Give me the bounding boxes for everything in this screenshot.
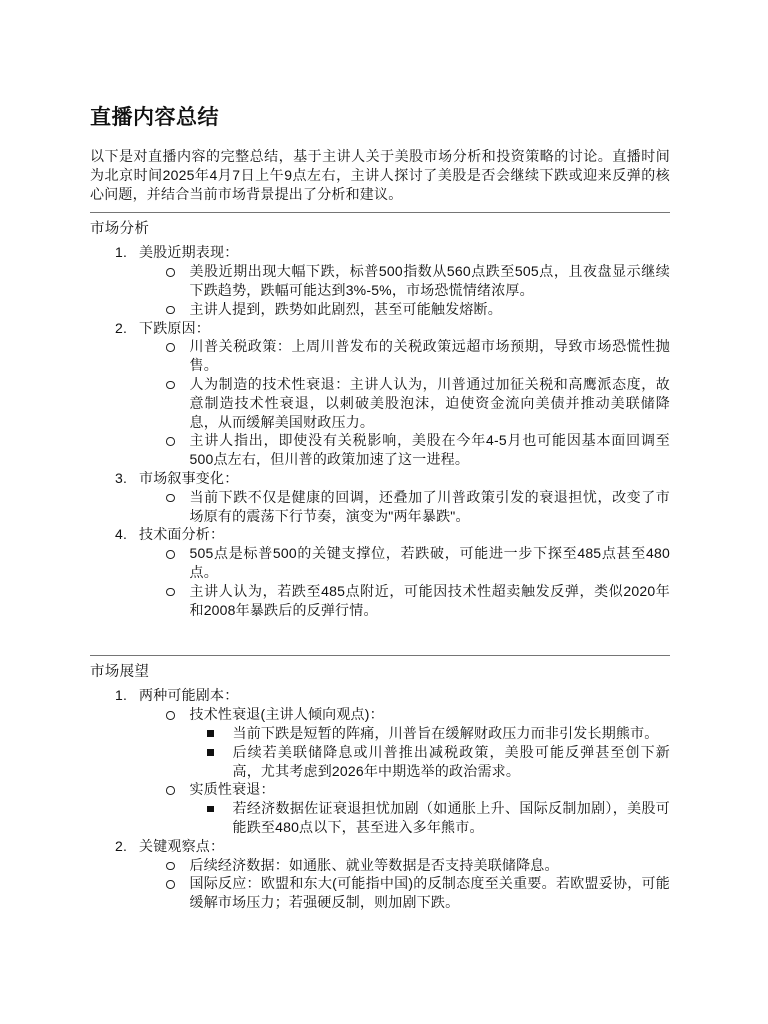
circle-bullet-icon [166,550,175,559]
list-item-number: 4. [115,525,139,544]
list-item: 1. 两种可能剧本： [90,686,670,705]
circle-bullet-icon [166,381,175,390]
list-item-number: 1. [115,686,139,705]
list-item-number: 1. [115,243,139,262]
list-item: 后续若美联储降息或川普推出减税政策，美股可能反弹甚至创下新高，尤其考虑到2026… [90,743,670,781]
bullet-text: 实质性衰退： [190,780,671,799]
list-item-title: 市场叙事变化： [139,469,670,488]
list-item: 当前下跌不仅是健康的回调，还叠加了川普政策引发的衰退担忧，改变了市场原有的震荡下… [90,488,670,526]
list-item: 后续经济数据：如通胀、就业等数据是否支持美联储降息。 [90,856,670,875]
bullet-text: 国际反应：欧盟和东大(可能指中国)的反制态度至关重要。若欧盟妥协，可能缓解市场压… [190,874,671,912]
page-title: 直播内容总结 [90,106,670,130]
list-item: 国际反应：欧盟和东大(可能指中国)的反制态度至关重要。若欧盟妥协，可能缓解市场压… [90,874,670,912]
list-item: 人为制造的技术性衰退：主讲人认为，川普通过加征关税和高鹰派态度，故意制造技术性衰… [90,375,670,431]
intro-paragraph: 以下是对直播内容的完整总结，基于主讲人关于美股市场分析和投资策略的讨论。直播时间… [90,147,670,203]
circle-bullet-icon [166,880,175,889]
bullet-text: 主讲人认为，若跌至485点附近，可能因技术性超卖触发反弹，类似2020年和200… [190,582,671,620]
list-item-title: 下跌原因： [139,319,670,338]
bullet-text: 当前下跌是短暂的阵痛，川普旨在缓解财政压力而非引发长期熊市。 [233,724,671,743]
circle-bullet-icon [166,711,175,720]
bullet-text: 美股近期出现大幅下跌，标普500指数从560点跌至505点，且夜盘显示继续下跌趋… [190,262,671,300]
list-item-title: 美股近期表现： [139,243,670,262]
list-item: 2. 关键观察点： [90,837,670,856]
list-item-title: 两种可能剧本： [139,686,670,705]
circle-bullet-icon [166,268,175,277]
list-item: 川普关税政策：上周川普发布的关税政策远超市场预期，导致市场恐慌性抛售。 [90,337,670,375]
bullet-text: 505点是标普500的关键支撑位，若跌破，可能进一步下探至485点甚至480点。 [190,544,671,582]
bullet-text: 主讲人指出，即使没有关税影响，美股在今年4-5月也可能因基本面回调至500点左右… [190,431,671,469]
list-item: 3. 市场叙事变化： [90,469,670,488]
bullet-text: 当前下跌不仅是健康的回调，还叠加了川普政策引发的衰退担忧，改变了市场原有的震荡下… [190,488,671,526]
section-divider [90,212,670,213]
list-item: 若经济数据佐证衰退担忧加剧（如通胀上升、国际反制加剧），美股可能跌至480点以下… [90,799,670,837]
bullet-text: 主讲人提到，跌势如此剧烈，甚至可能触发熔断。 [190,300,671,319]
list-item: 美股近期出现大幅下跌，标普500指数从560点跌至505点，且夜盘显示继续下跌趋… [90,262,670,300]
square-bullet-icon [207,806,214,813]
square-bullet-icon [207,730,214,737]
list-item: 技术性衰退(主讲人倾向观点)： [90,705,670,724]
list-item: 当前下跌是短暂的阵痛，川普旨在缓解财政压力而非引发长期熊市。 [90,724,670,743]
bullet-text: 后续经济数据：如通胀、就业等数据是否支持美联储降息。 [190,856,671,875]
circle-bullet-icon [166,862,175,871]
section-divider [90,655,670,656]
list-item: 4. 技术面分析： [90,525,670,544]
section-market-analysis: 市场分析 1. 美股近期表现： 美股近期出现大幅下跌，标普500指数从560点跌… [90,212,670,619]
list-item: 1. 美股近期表现： [90,243,670,262]
circle-bullet-icon [166,786,175,795]
section-heading: 市场分析 [90,220,670,239]
list-item: 主讲人指出，即使没有关税影响，美股在今年4-5月也可能因基本面回调至500点左右… [90,431,670,469]
circle-bullet-icon [166,494,175,503]
list-item: 主讲人提到，跌势如此剧烈，甚至可能触发熔断。 [90,300,670,319]
circle-bullet-icon [166,343,175,352]
list-item-number: 3. [115,469,139,488]
list-item-title: 关键观察点： [139,837,670,856]
bullet-text: 技术性衰退(主讲人倾向观点)： [190,705,671,724]
list-item-title: 技术面分析： [139,525,670,544]
section-market-outlook: 市场展望 1. 两种可能剧本： 技术性衰退(主讲人倾向观点)： 当前下跌是短暂的… [90,655,670,912]
bullet-text: 若经济数据佐证衰退担忧加剧（如通胀上升、国际反制加剧），美股可能跌至480点以下… [233,799,671,837]
list-item: 主讲人认为，若跌至485点附近，可能因技术性超卖触发反弹，类似2020年和200… [90,582,670,620]
bullet-text: 后续若美联储降息或川普推出减税政策，美股可能反弹甚至创下新高，尤其考虑到2026… [233,743,671,781]
circle-bullet-icon [166,306,175,315]
list-item: 实质性衰退： [90,780,670,799]
section-heading: 市场展望 [90,663,670,682]
square-bullet-icon [207,749,214,756]
circle-bullet-icon [166,588,175,597]
bullet-text: 川普关税政策：上周川普发布的关税政策远超市场预期，导致市场恐慌性抛售。 [190,337,671,375]
list-item-number: 2. [115,837,139,856]
list-item: 505点是标普500的关键支撑位，若跌破，可能进一步下探至485点甚至480点。 [90,544,670,582]
document-page: 直播内容总结 以下是对直播内容的完整总结，基于主讲人关于美股市场分析和投资策略的… [0,0,768,1024]
list-item-number: 2. [115,319,139,338]
bullet-text: 人为制造的技术性衰退：主讲人认为，川普通过加征关税和高鹰派态度，故意制造技术性衰… [190,375,671,431]
circle-bullet-icon [166,437,175,446]
list-item: 2. 下跌原因： [90,319,670,338]
